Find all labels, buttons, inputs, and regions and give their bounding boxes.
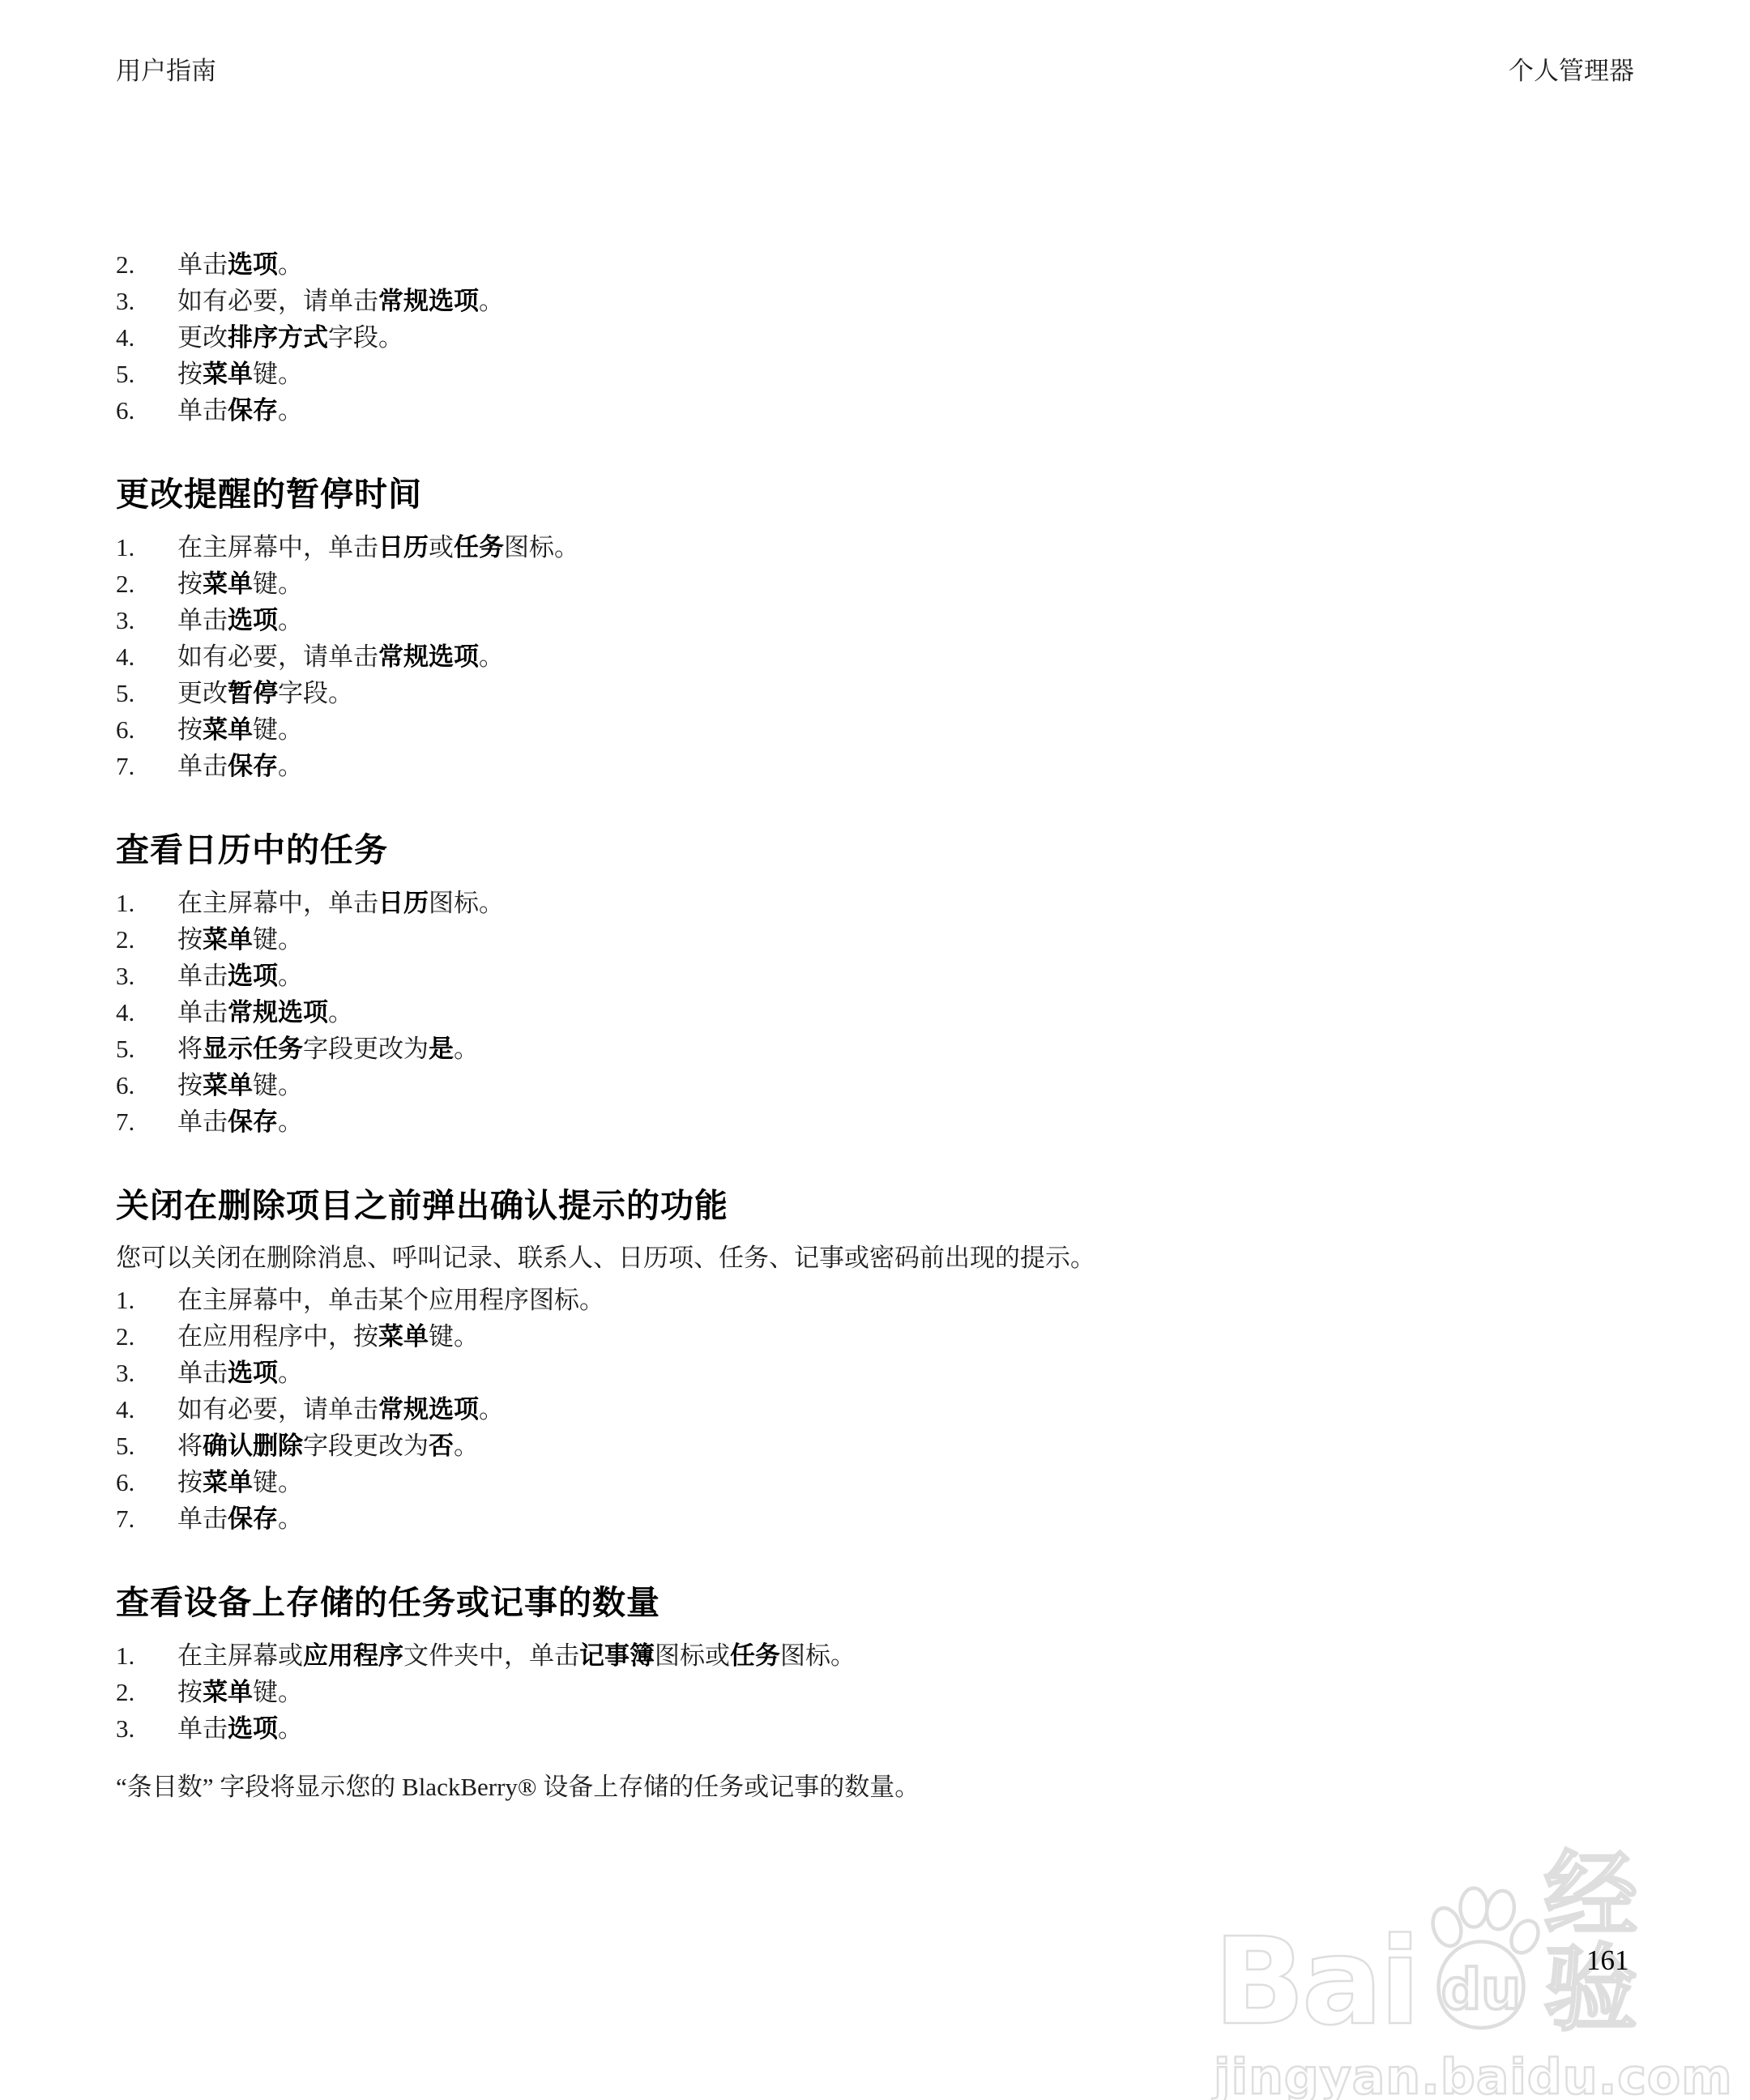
ui-term: 菜单 <box>203 1678 253 1706</box>
step-item: 6.单击保存。 <box>116 392 1634 429</box>
ui-term: 确认删除 <box>203 1432 303 1460</box>
step-item: 2.单击选项。 <box>116 246 1634 283</box>
step-text: 单击保存。 <box>177 748 1634 784</box>
step-text: 单击保存。 <box>177 1103 1634 1140</box>
step-number: 1. <box>116 529 177 566</box>
header-left-title: 用户指南 <box>116 57 216 86</box>
ui-term: 暂停 <box>228 679 278 707</box>
watermark-url: jingyan.baidu.com <box>1214 2053 1667 2100</box>
step-item: 2.按菜单键。 <box>116 566 1634 602</box>
step-item: 3.单击选项。 <box>116 958 1634 994</box>
step-number: 1. <box>116 885 177 921</box>
step-text: 如有必要，请单击常规选项。 <box>177 283 1634 319</box>
step-text: 按菜单键。 <box>177 1674 1634 1710</box>
step-text: 如有必要，请单击常规选项。 <box>177 1391 1634 1428</box>
step-item: 5.更改暂停字段。 <box>116 675 1634 711</box>
step-item: 3.如有必要，请单击常规选项。 <box>116 283 1634 319</box>
step-item: 7.单击保存。 <box>116 748 1634 784</box>
ui-term: 应用程序 <box>303 1641 403 1670</box>
ui-term: 日历 <box>378 889 429 917</box>
step-number: 2. <box>116 1674 177 1710</box>
step-item: 7.单击保存。 <box>116 1103 1634 1140</box>
step-number: 5. <box>116 1428 177 1464</box>
step-item: 5.按菜单键。 <box>116 356 1634 392</box>
step-item: 6.按菜单键。 <box>116 1464 1634 1500</box>
ui-term: 菜单 <box>203 360 253 388</box>
step-item: 4.更改排序方式字段。 <box>116 319 1634 356</box>
step-item: 7.单击保存。 <box>116 1500 1634 1537</box>
step-number: 2. <box>116 1318 177 1355</box>
step-number: 6. <box>116 1464 177 1500</box>
step-number: 6. <box>116 392 177 429</box>
ui-term: 保存 <box>228 396 278 425</box>
step-text: 单击保存。 <box>177 1500 1634 1537</box>
ui-term: 菜单 <box>378 1322 429 1351</box>
step-number: 6. <box>116 711 177 748</box>
step-text: 更改排序方式字段。 <box>177 319 1634 356</box>
header-right-title: 个人管理器 <box>1509 57 1634 86</box>
step-item: 3.单击选项。 <box>116 1355 1634 1391</box>
steps-list: 1.在主屏幕或应用程序文件夹中，单击记事簿图标或任务图标。2.按菜单键。3.单击… <box>116 1637 1634 1747</box>
ui-term: 选项 <box>228 606 278 634</box>
ui-term: 保存 <box>228 1108 278 1136</box>
step-text: 在应用程序中，按菜单键。 <box>177 1318 1634 1355</box>
step-number: 4. <box>116 1391 177 1428</box>
step-number: 2. <box>116 921 177 958</box>
steps-list: 1.在主屏幕中，单击某个应用程序图标。2.在应用程序中，按菜单键。3.单击选项。… <box>116 1282 1634 1537</box>
step-number: 6. <box>116 1067 177 1103</box>
step-item: 2.按菜单键。 <box>116 1674 1634 1710</box>
watermark-brand-latin: Bai <box>1214 1922 1417 2042</box>
step-text: 单击选项。 <box>177 1355 1634 1391</box>
ui-term: 保存 <box>228 1505 278 1533</box>
step-text: 按菜单键。 <box>177 566 1634 602</box>
ui-term: 菜单 <box>203 1071 253 1099</box>
document-page: 用户指南 个人管理器 2.单击选项。3.如有必要，请单击常规选项。4.更改排序方… <box>0 0 1750 2100</box>
step-number: 7. <box>116 1500 177 1537</box>
page-number: 161 <box>1586 1946 1629 1975</box>
step-item: 6.按菜单键。 <box>116 1067 1634 1103</box>
ui-term: 选项 <box>228 962 278 990</box>
step-number: 5. <box>116 1031 177 1067</box>
section-title: 更改提醒的暂停时间 <box>116 477 1634 511</box>
step-number: 1. <box>116 1637 177 1674</box>
step-item: 1.在主屏幕中，单击日历图标。 <box>116 885 1634 921</box>
ui-term: 显示任务 <box>203 1035 303 1063</box>
step-item: 4.单击常规选项。 <box>116 994 1634 1031</box>
step-text: 按菜单键。 <box>177 1464 1634 1500</box>
baidu-paw-icon: du <box>1420 1883 1542 2042</box>
step-number: 3. <box>116 1355 177 1391</box>
step-number: 5. <box>116 356 177 392</box>
step-item: 4.如有必要，请单击常规选项。 <box>116 1391 1634 1428</box>
step-number: 7. <box>116 1103 177 1140</box>
step-text: 单击保存。 <box>177 392 1634 429</box>
step-item: 6.按菜单键。 <box>116 711 1634 748</box>
sections-host: 2.单击选项。3.如有必要，请单击常规选项。4.更改排序方式字段。5.按菜单键。… <box>116 246 1634 1805</box>
guide-section: 更改提醒的暂停时间1.在主屏幕中，单击日历或任务图标。2.按菜单键。3.单击选项… <box>116 477 1634 784</box>
ui-term: 菜单 <box>203 570 253 598</box>
step-text: 在主屏幕中，单击日历或任务图标。 <box>177 529 1634 566</box>
ui-term: 常规选项 <box>378 1395 479 1423</box>
step-text: 单击选项。 <box>177 602 1634 638</box>
ui-term: 日历 <box>378 533 429 561</box>
step-number: 7. <box>116 748 177 784</box>
ui-term: 菜单 <box>203 925 253 954</box>
ui-term: 选项 <box>228 1714 278 1743</box>
section-intro: 您可以关闭在删除消息、呼叫记录、联系人、日历项、任务、记事或密码前出现的提示。 <box>116 1240 1634 1276</box>
guide-section: 关闭在删除项目之前弹出确认提示的功能您可以关闭在删除消息、呼叫记录、联系人、日历… <box>116 1189 1634 1537</box>
step-text: 单击选项。 <box>177 958 1634 994</box>
step-number: 4. <box>116 319 177 356</box>
step-text: 按菜单键。 <box>177 356 1634 392</box>
watermark-paw-du-text: du <box>1441 1957 1522 2022</box>
guide-section: 查看设备上存储的任务或记事的数量1.在主屏幕或应用程序文件夹中，单击记事簿图标或… <box>116 1586 1634 1805</box>
step-text: 如有必要，请单击常规选项。 <box>177 638 1634 675</box>
step-number: 2. <box>116 246 177 283</box>
step-number: 3. <box>116 283 177 319</box>
step-text: 单击选项。 <box>177 1710 1634 1747</box>
ui-term: 选项 <box>228 1359 278 1387</box>
ui-term: 任务 <box>454 533 504 561</box>
step-number: 2. <box>116 566 177 602</box>
step-item: 1.在主屏幕中，单击某个应用程序图标。 <box>116 1282 1634 1318</box>
steps-list: 2.单击选项。3.如有必要，请单击常规选项。4.更改排序方式字段。5.按菜单键。… <box>116 246 1634 429</box>
section-title: 查看设备上存储的任务或记事的数量 <box>116 1586 1634 1620</box>
ui-term: 记事簿 <box>579 1641 655 1670</box>
ui-term: 否 <box>429 1432 454 1460</box>
guide-section: 2.单击选项。3.如有必要，请单击常规选项。4.更改排序方式字段。5.按菜单键。… <box>116 246 1634 429</box>
step-item: 1.在主屏幕中，单击日历或任务图标。 <box>116 529 1634 566</box>
step-number: 1. <box>116 1282 177 1318</box>
step-text: 单击选项。 <box>177 246 1634 283</box>
step-text: 将确认删除字段更改为否。 <box>177 1428 1634 1464</box>
ui-term: 是 <box>429 1035 454 1063</box>
steps-list: 1.在主屏幕中，单击日历或任务图标。2.按菜单键。3.单击选项。4.如有必要，请… <box>116 529 1634 784</box>
step-text: 在主屏幕中，单击某个应用程序图标。 <box>177 1282 1634 1318</box>
step-text: 按菜单键。 <box>177 711 1634 748</box>
step-number: 3. <box>116 958 177 994</box>
section-title: 查看日历中的任务 <box>116 833 1634 867</box>
ui-term: 常规选项 <box>378 287 479 315</box>
step-text: 更改暂停字段。 <box>177 675 1634 711</box>
ui-term: 常规选项 <box>378 642 479 671</box>
section-title: 关闭在删除项目之前弹出确认提示的功能 <box>116 1189 1634 1223</box>
step-item: 2.按菜单键。 <box>116 921 1634 958</box>
step-text: 将显示任务字段更改为是。 <box>177 1031 1634 1067</box>
page-content: 用户指南 个人管理器 2.单击选项。3.如有必要，请单击常规选项。4.更改排序方… <box>0 0 1750 1805</box>
steps-list: 1.在主屏幕中，单击日历图标。2.按菜单键。3.单击选项。4.单击常规选项。5.… <box>116 885 1634 1140</box>
ui-term: 任务 <box>730 1641 780 1670</box>
step-text: 在主屏幕或应用程序文件夹中，单击记事簿图标或任务图标。 <box>177 1637 1634 1674</box>
step-text: 单击常规选项。 <box>177 994 1634 1031</box>
step-number: 4. <box>116 638 177 675</box>
step-item: 4.如有必要，请单击常规选项。 <box>116 638 1634 675</box>
step-item: 2.在应用程序中，按菜单键。 <box>116 1318 1634 1355</box>
step-text: 在主屏幕中，单击日历图标。 <box>177 885 1634 921</box>
ui-term: 保存 <box>228 752 278 780</box>
step-item: 5.将确认删除字段更改为否。 <box>116 1428 1634 1464</box>
ui-term: 选项 <box>228 250 278 279</box>
step-number: 3. <box>116 1710 177 1747</box>
step-number: 5. <box>116 675 177 711</box>
step-number: 3. <box>116 602 177 638</box>
step-text: 按菜单键。 <box>177 1067 1634 1103</box>
ui-term: 排序方式 <box>228 323 328 352</box>
guide-section: 查看日历中的任务1.在主屏幕中，单击日历图标。2.按菜单键。3.单击选项。4.单… <box>116 833 1634 1140</box>
ui-term: 菜单 <box>203 1468 253 1496</box>
step-item: 3.单击选项。 <box>116 602 1634 638</box>
step-item: 5.将显示任务字段更改为是。 <box>116 1031 1634 1067</box>
step-text: 按菜单键。 <box>177 921 1634 958</box>
running-header: 用户指南 个人管理器 <box>116 0 1634 86</box>
section-outro: “条目数” 字段将显示您的 BlackBerry® 设备上存储的任务或记事的数量… <box>116 1769 1634 1805</box>
step-item: 3.单击选项。 <box>116 1710 1634 1747</box>
ui-term: 常规选项 <box>228 998 328 1027</box>
step-item: 1.在主屏幕或应用程序文件夹中，单击记事簿图标或任务图标。 <box>116 1637 1634 1674</box>
step-number: 4. <box>116 994 177 1031</box>
watermark-brand-cn: 经验 <box>1543 1849 1667 2037</box>
ui-term: 菜单 <box>203 715 253 744</box>
